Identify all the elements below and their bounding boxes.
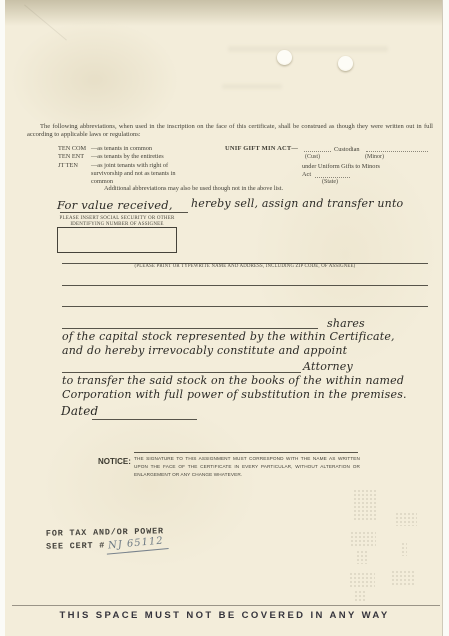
state-caption: (State) [322, 179, 338, 185]
signature-line[interactable] [134, 452, 358, 453]
custodian-label: Custodian [334, 146, 360, 153]
abbreviations-intro: The following abbreviations, when used i… [27, 123, 433, 139]
notice-text: THE SIGNATURE TO THIS ASSIGNMENT MUST CO… [134, 455, 360, 478]
dotted-fill-line [366, 145, 428, 152]
perforation-dots [395, 512, 417, 526]
unif-gift-label: UNIF GIFT MIN ACT— [225, 145, 298, 152]
abbreviation-code: JT TEN [58, 162, 91, 187]
minor-caption: (Minor) [365, 154, 384, 160]
perforation-dots [353, 489, 377, 521]
sell-assign-script: hereby sell, assign and transfer unto [191, 197, 403, 210]
under-uniform-gifts-text: under Uniform Gifts to Minors [302, 163, 380, 170]
perforation-dots [349, 572, 375, 587]
ink-showthrough [228, 46, 388, 52]
perforation-dots [391, 570, 415, 585]
dotted-fill-line [315, 171, 350, 178]
abbreviation-item: JT TEN —as joint tenants with right of s… [58, 162, 208, 187]
additional-abbreviations-note: Additional abbreviations may also be use… [104, 185, 283, 192]
abbreviation-item: TEN ENT —as tenants by the entireties [58, 153, 208, 161]
abbreviation-code: TEN COM [58, 145, 91, 153]
shares-label-script: shares [327, 317, 365, 330]
paper-stain [10, 20, 180, 140]
ink-showthrough [222, 84, 282, 89]
ssn-input-box[interactable] [57, 227, 177, 253]
fill-in-line[interactable] [60, 212, 188, 213]
perforation-dots [354, 590, 366, 601]
attorney-label-script: Attorney [303, 360, 353, 373]
abbreviation-definition: —as tenants by the entireties [91, 153, 201, 161]
shares-fill-in-line[interactable] [62, 328, 318, 329]
fill-in-line[interactable] [62, 306, 428, 307]
act-label: Act [302, 171, 311, 178]
abbreviation-definition: —as joint tenants with right of survivor… [91, 162, 199, 187]
footer-divider [12, 605, 440, 606]
perforation-dots [356, 550, 368, 564]
tax-power-stamp: FOR TAX AND/OR POWER SEE CERT # NJ 65112 [46, 524, 217, 554]
cust-caption: (Cust) [305, 154, 320, 160]
abbreviation-item: TEN COM —as tenants in common [58, 145, 208, 153]
scan-edge-left [0, 0, 5, 636]
abbreviation-list: TEN COM —as tenants in common TEN ENT —a… [58, 145, 208, 186]
for-value-received-script: For value received, [57, 198, 173, 212]
notice-label: NOTICE: [98, 457, 131, 466]
certificate-back-page: The following abbreviations, when used i… [0, 0, 449, 636]
capital-stock-script: of the capital stock represented by the … [62, 330, 395, 343]
abbreviation-code: TEN ENT [58, 153, 91, 161]
perforation-dots [350, 531, 376, 547]
transfer-books-script: to transfer the said stock on the books … [62, 374, 404, 387]
footer-warning: THIS SPACE MUST NOT BE COVERED IN ANY WA… [0, 610, 449, 621]
dated-label-script: Dated [61, 404, 98, 418]
punch-hole [338, 56, 353, 71]
attorney-fill-in-line[interactable] [62, 372, 301, 373]
punch-hole [277, 50, 292, 65]
fill-in-line[interactable] [62, 285, 428, 286]
scan-top-shadow [0, 0, 449, 26]
perforation-dots [401, 542, 407, 556]
date-fill-in-line[interactable] [92, 419, 197, 420]
substitution-script: Corporation with full power of substitut… [62, 388, 407, 401]
constitute-appoint-script: and do hereby irrevocably constitute and… [62, 344, 347, 357]
dotted-fill-line [304, 145, 331, 152]
scan-edge-right [442, 0, 449, 636]
abbreviation-definition: —as tenants in common [91, 145, 201, 153]
print-name-instruction: (PLEASE PRINT OR TYPEWRITE NAME AND ADDR… [62, 264, 428, 269]
